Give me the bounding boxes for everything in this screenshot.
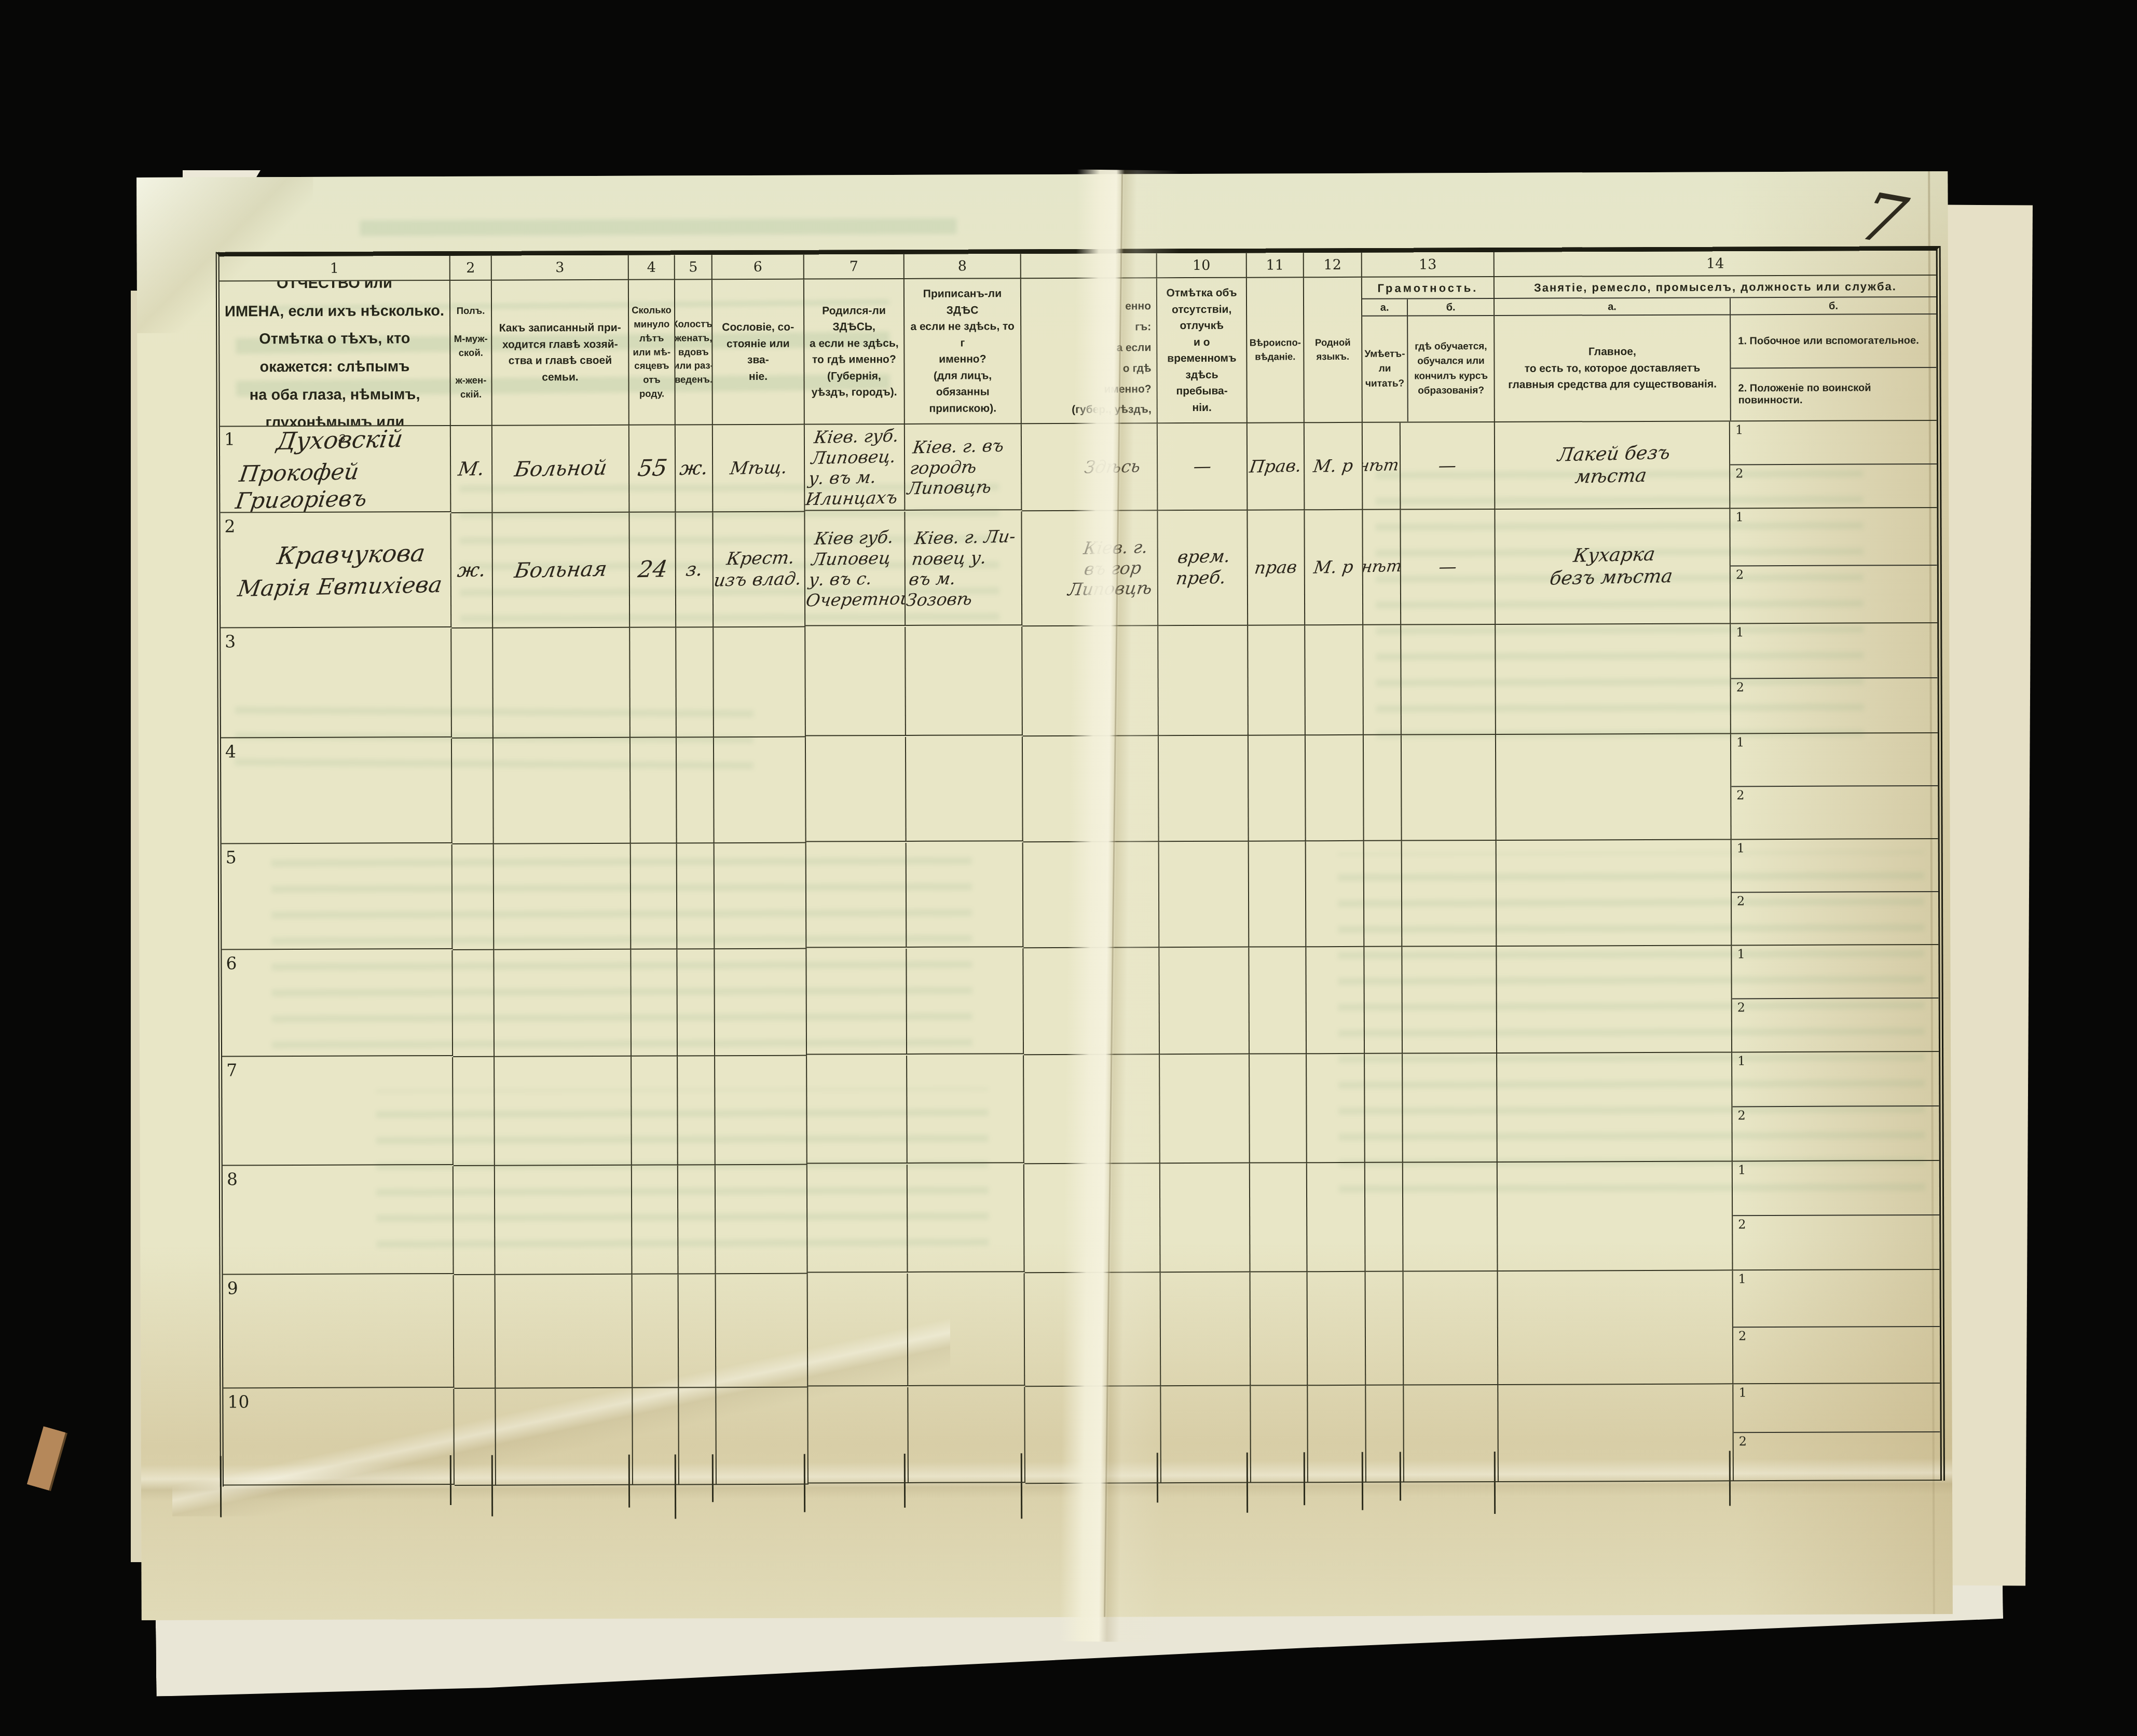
subcell-secondary-2: 2 [1732,891,1938,945]
cell-estate [714,627,806,738]
subcell-secondary-2: 2 [1731,677,1938,733]
subrow-label-2: 2 [1737,1108,1745,1123]
row-number: 6 [226,953,237,973]
col-number-1: 1 [220,256,450,282]
row-number: 8 [227,1169,238,1189]
cell-estate [715,949,807,1057]
cell-estate: Крест. изъ влад. [713,512,805,628]
subcell-secondary-1: 1 [1732,1052,1939,1106]
cell-occupation-secondary: 1 2 [1730,508,1937,624]
name-line2 [241,1437,454,1442]
cell-language [1306,735,1364,841]
header-occupation: Занятіе, ремесло, промыселъ, должность и… [1495,276,1937,421]
subcell-secondary-2: 2 [1732,1105,1939,1160]
cell-literacy-read [1366,1386,1404,1483]
row-number: 4 [225,741,236,761]
cell-age [631,737,677,843]
cell-literacy-read [1364,947,1403,1054]
cell-sex: М. [451,426,493,513]
cell-absence [1161,1273,1251,1387]
cell-registration [908,1273,1025,1386]
name-line2 [239,791,451,796]
cell-literacy-read: нѣт. [1363,423,1401,510]
cell-occupation-secondary: 1 2 [1732,1052,1939,1161]
cell-marital [677,949,715,1056]
cell-sex [451,628,494,739]
name-line2: Прокофей Григоріевъ [234,457,451,513]
row-number: 1 [224,429,235,449]
col-number-11: 11 [1247,253,1304,278]
header-religion: Вѣроиспо- вѣданіе. [1247,278,1304,422]
header-literacy-a-text: Умѣетъ- ли читать? [1362,317,1407,422]
row-number: 10 [227,1391,249,1412]
subrow-label-1: 1 [1736,625,1744,639]
name-line1: Кравчукова [275,538,451,570]
cell-religion [1250,1054,1307,1163]
cell-registration [908,1164,1025,1273]
cell-marital [678,1056,716,1165]
row-number: 5 [226,847,237,867]
cell-religion: прав [1248,510,1305,625]
cell-occupation [1498,1384,1734,1482]
cell-literacy-edu [1404,1385,1499,1483]
subcell-secondary-2: 2 [1731,565,1937,623]
cell-age [630,627,677,737]
name-line1 [280,1432,454,1436]
cell-occupation-secondary: 1 2 [1731,623,1938,734]
cell-sex [452,739,494,844]
header-age: Сколько минуло лѣтъ или мѣ- сяцевъ отъ р… [629,280,675,424]
cell-birthplace: Кіев губ. Липовец у. въ с. Очеретной [805,512,906,626]
cell-literacy-edu [1402,841,1497,947]
cell-relation: Больной [492,426,630,513]
cell-occupation-secondary: 1 2 [1733,1270,1940,1384]
subrow-label-1: 1 [1738,1272,1746,1286]
cell-literacy-edu [1403,1054,1498,1163]
cell-literacy-read [1364,735,1402,841]
cell-registration: Кіев. г. Ли- повец у. въ м. Зозовѣ [905,511,1022,626]
cell-sex [454,1389,496,1486]
cell-literacy-read: нѣт [1363,510,1401,625]
name-line2 [240,1111,453,1116]
cell-occupation-secondary: 1 2 [1732,945,1939,1052]
subrow-label-2: 2 [1736,788,1744,802]
col-number-2: 2 [450,256,492,281]
cell-registration [907,1055,1024,1164]
cell-name: 10 [223,1389,455,1486]
cell-estate [716,1274,809,1388]
cell-name: 6 [222,950,453,1057]
header-literacy-a-label: а. [1362,299,1407,317]
cell-language: М. р [1305,510,1363,625]
cell-literacy-edu [1402,947,1497,1054]
header-literacy-b-text: гдѣ обучается, обучался или кончилъ курс… [1408,316,1494,422]
cell-marital [678,1165,716,1274]
header-occupation-a-text: Главное, то есть то, которое доставляетъ… [1495,315,1730,421]
subrow-label-1: 1 [1738,1385,1746,1400]
name-line1 [278,678,451,682]
subrow-label-2: 2 [1736,680,1744,694]
cell-sex [454,1275,496,1389]
cell-estate [714,737,806,844]
name-line1 [278,786,451,790]
cell-name: 9 [223,1275,455,1389]
header-literacy: Грамотность. а. Умѣетъ- ли читать? б. гд… [1362,277,1494,422]
subcell-secondary-2: 2 [1733,1214,1939,1269]
cell-registration [906,626,1023,736]
subcell-secondary-1: 1 [1732,945,1938,998]
cell-occupation-secondary: 1 2 [1733,1384,1940,1481]
header-estate: Сословіе, со- стояніе или зва- ніе. [713,280,804,425]
cell-language: М. р [1305,423,1363,510]
header-literacy-title: Грамотность. [1362,277,1494,299]
subrow-label-1: 1 [1737,841,1745,855]
cell-literacy-edu [1402,735,1497,841]
header-occupation-b1: 1. Побочное или вспомогательное. [1731,315,1936,367]
cell-absence [1159,948,1250,1055]
cell-marital: з. [676,512,714,627]
header-occupation-b-label: б. [1731,297,1936,315]
subrow-label-2: 2 [1737,894,1745,908]
cell-relation [496,1388,633,1486]
col-number-7: 7 [804,254,905,280]
name-line1 [280,1327,453,1331]
cell-relation: Больная [492,513,630,628]
name-line2 [239,1003,452,1008]
subrow-label-2: 2 [1739,1434,1747,1448]
cell-language [1305,625,1364,735]
subcell-secondary-1: 1 [1733,1270,1940,1327]
subcell-secondary-1: 1 [1730,508,1937,565]
cell-religion [1249,947,1307,1054]
header-literacy-b-label: б. [1408,299,1494,317]
name-line2 [240,1220,453,1225]
cell-age [632,1056,678,1165]
subrow-label-2: 2 [1736,567,1744,582]
name-line2 [238,683,451,688]
cell-language [1306,947,1365,1054]
cell-name: 3 [221,628,452,739]
cell-language [1308,1386,1366,1483]
cell-relation [493,628,631,739]
cell-religion [1249,841,1307,947]
cell-occupation-secondary: 1 2 [1733,1161,1940,1270]
census-form-sheet: 1 2 3 4 5 6 7 8 10 11 12 13 14 ФАМИЛІЯ (… [136,171,1953,1620]
cell-absence [1160,1164,1251,1273]
cell-occupation [1498,1161,1733,1272]
header-marital: Холостъ, женатъ, вдовъ или раз- веденъ. [675,280,712,424]
cell-name: 2 Кравчукова Марія Евтихіева [220,513,451,628]
cell-literacy-read [1364,841,1403,947]
col-number-3: 3 [492,255,629,281]
cell-registration [906,736,1023,842]
cell-relation [495,1057,632,1166]
cell-name: 5 [222,844,453,950]
subrow-label-2: 2 [1737,1000,1745,1015]
cell-occupation-secondary: 1 2 [1732,839,1939,946]
cell-occupation-secondary: 1 2 [1731,733,1938,840]
cell-relation [494,738,631,844]
cell-religion [1249,735,1306,841]
cell-marital: ж. [676,425,714,512]
cell-occupation-secondary: 1 2 [1730,421,1937,509]
col-number-6: 6 [713,255,804,280]
photo-stage: 1 2 3 4 5 6 7 8 10 11 12 13 14 ФАМИЛІЯ (… [0,0,2137,1736]
cell-birthplace [808,1387,909,1484]
cell-literacy-read [1365,1054,1403,1163]
name-line1: Духовскій [275,426,451,456]
name-line1 [279,1106,453,1110]
subcell-secondary-1: 1 [1732,839,1938,892]
cell-occupation: Лакей безъ мѣста [1495,421,1731,510]
row-number: 7 [226,1060,237,1080]
col-number-13: 13 [1362,252,1495,278]
cell-registration [907,842,1024,948]
name-line2: Марія Евтихіева [236,571,451,603]
cell-absence [1160,1055,1250,1164]
cell-literacy-read [1366,1272,1404,1386]
header-occupation-b2: 2. Положеніе по воинской повинности. [1731,366,1936,420]
col-number-12: 12 [1304,253,1362,278]
cell-literacy-edu: — [1401,422,1496,510]
cell-birthplace [807,1165,908,1273]
cell-name: 8 [223,1166,454,1275]
cell-registration [908,1387,1025,1483]
cell-relation [496,1275,633,1389]
cell-occupation [1497,946,1732,1054]
cell-occupation [1497,840,1732,947]
col-number-5: 5 [675,255,713,280]
cell-birthplace [808,1274,909,1387]
cell-birthplace [806,843,907,948]
cell-occupation [1497,1052,1733,1163]
subrow-label-1: 1 [1737,1054,1745,1068]
name-line2 [239,897,451,901]
header-occupation-title: Занятіе, ремесло, промыселъ, должность и… [1495,276,1936,299]
cell-religion [1251,1386,1308,1483]
cell-estate [715,1056,807,1166]
subrow-label-1: 1 [1736,735,1744,749]
subrow-label-1: 1 [1738,1163,1746,1177]
cell-relation [495,1166,633,1275]
cell-birthplace [807,1056,908,1164]
cell-age [631,949,678,1056]
subrow-label-2: 2 [1738,1329,1746,1343]
cell-marital [676,627,714,737]
cell-age: 55 [629,425,676,512]
cell-literacy-edu [1401,625,1496,735]
cell-birthplace: Кіев. губ. Липовец. у. въ м. Илинцахъ [805,425,906,511]
cell-estate [715,843,807,950]
cell-sex [454,1166,496,1275]
subrow-label-1: 1 [1737,947,1745,961]
cell-occupation [1496,734,1732,841]
row-number: 3 [225,631,236,651]
cell-registration [907,948,1024,1055]
name-line1 [280,1215,453,1219]
cell-literacy-read [1363,625,1402,735]
cell-absence [1159,842,1250,948]
subcell-secondary-2: 2 [1730,463,1937,508]
cell-marital [677,737,715,843]
cell-occupation [1498,1270,1734,1385]
cell-absence [1161,1386,1251,1484]
cell-birthplace [805,627,906,736]
cell-birthplace [806,949,907,1055]
cell-age [633,1388,679,1485]
cell-marital [677,843,715,949]
header-registration: Приписанъ-ли ЗДѢС а если не здѣсь, то г … [905,279,1021,423]
cell-marital [679,1274,717,1388]
cell-age: 24 [629,512,676,627]
cell-language [1307,1163,1366,1272]
name-line1 [279,999,452,1002]
cell-age [632,1165,679,1274]
subcell-secondary-1: 1 [1731,733,1938,786]
cell-religion [1248,625,1306,735]
subcell-secondary-2: 2 [1731,785,1938,839]
cell-occupation: Кухарка безъ мѣста [1495,509,1731,625]
name-line2 [240,1332,453,1336]
col-number-8: 8 [905,254,1021,279]
cell-estate [716,1388,809,1485]
cell-religion [1250,1163,1308,1272]
header-birthplace: Родился-ли ЗДѢСЬ, а если не здѣсь, то гд… [804,279,904,424]
cell-sex: ж. [451,513,493,628]
cell-language [1307,1054,1365,1163]
subrow-label-1: 1 [1735,510,1743,524]
cell-name: 1 з Духовскій Прокофей Григоріевъ [220,426,451,513]
cell-literacy-edu [1404,1272,1499,1386]
cell-language [1306,841,1365,947]
subcell-secondary-2: 2 [1734,1431,1940,1480]
cell-language [1308,1272,1366,1386]
cell-relation [494,844,632,950]
subrow-label-2: 2 [1738,1217,1746,1232]
cell-sex [453,950,495,1057]
cell-literacy-edu [1403,1163,1498,1272]
cell-estate: Мѣщ. [713,425,805,513]
col-number-4: 4 [629,255,675,280]
subcell-secondary-1: 1 [1730,421,1937,464]
subcell-secondary-1: 1 [1733,1384,1940,1432]
cell-relation [494,950,632,1057]
cell-age [631,843,678,949]
header-sex: Полъ. М-муж- ской. ж-жен- скій. [450,281,491,425]
cell-sex [453,844,495,950]
tape-fragment [27,1426,65,1491]
subcell-secondary-1: 1 [1731,623,1937,678]
cell-age [633,1274,679,1388]
subrow-label-2: 2 [1735,466,1743,481]
cell-registration: Кіев. г. въ городѣ Липовцѣ [905,424,1022,511]
cell-name: 4 [221,739,453,844]
row-number: 2 [224,516,235,536]
cell-occupation [1496,624,1731,735]
cell-religion [1251,1272,1308,1386]
header-surname: ФАМИЛІЯ (прозвище), ИМЯ и ОТЧЕСТВО или И… [220,281,450,426]
subcell-secondary-2: 2 [1733,1325,1940,1383]
cell-name: 7 [222,1057,454,1166]
subcell-secondary-1: 1 [1733,1161,1939,1215]
header-language: Родной языкъ. [1304,278,1362,422]
cell-religion: Прав. [1248,423,1305,510]
subrow-label-1: 1 [1735,422,1743,437]
cell-sex [453,1057,495,1166]
cell-literacy-read [1365,1163,1404,1272]
name-line1 [279,892,452,896]
header-occupation-a-label: а. [1495,298,1730,316]
cell-marital [679,1388,717,1485]
header-relation: Какъ записанный при- ходится главѣ хозяй… [492,280,628,425]
cell-literacy-edu: — [1401,510,1496,625]
row-number: 9 [227,1278,238,1298]
subcell-secondary-2: 2 [1732,997,1939,1051]
cell-birthplace [806,737,907,842]
cell-estate [716,1165,808,1275]
